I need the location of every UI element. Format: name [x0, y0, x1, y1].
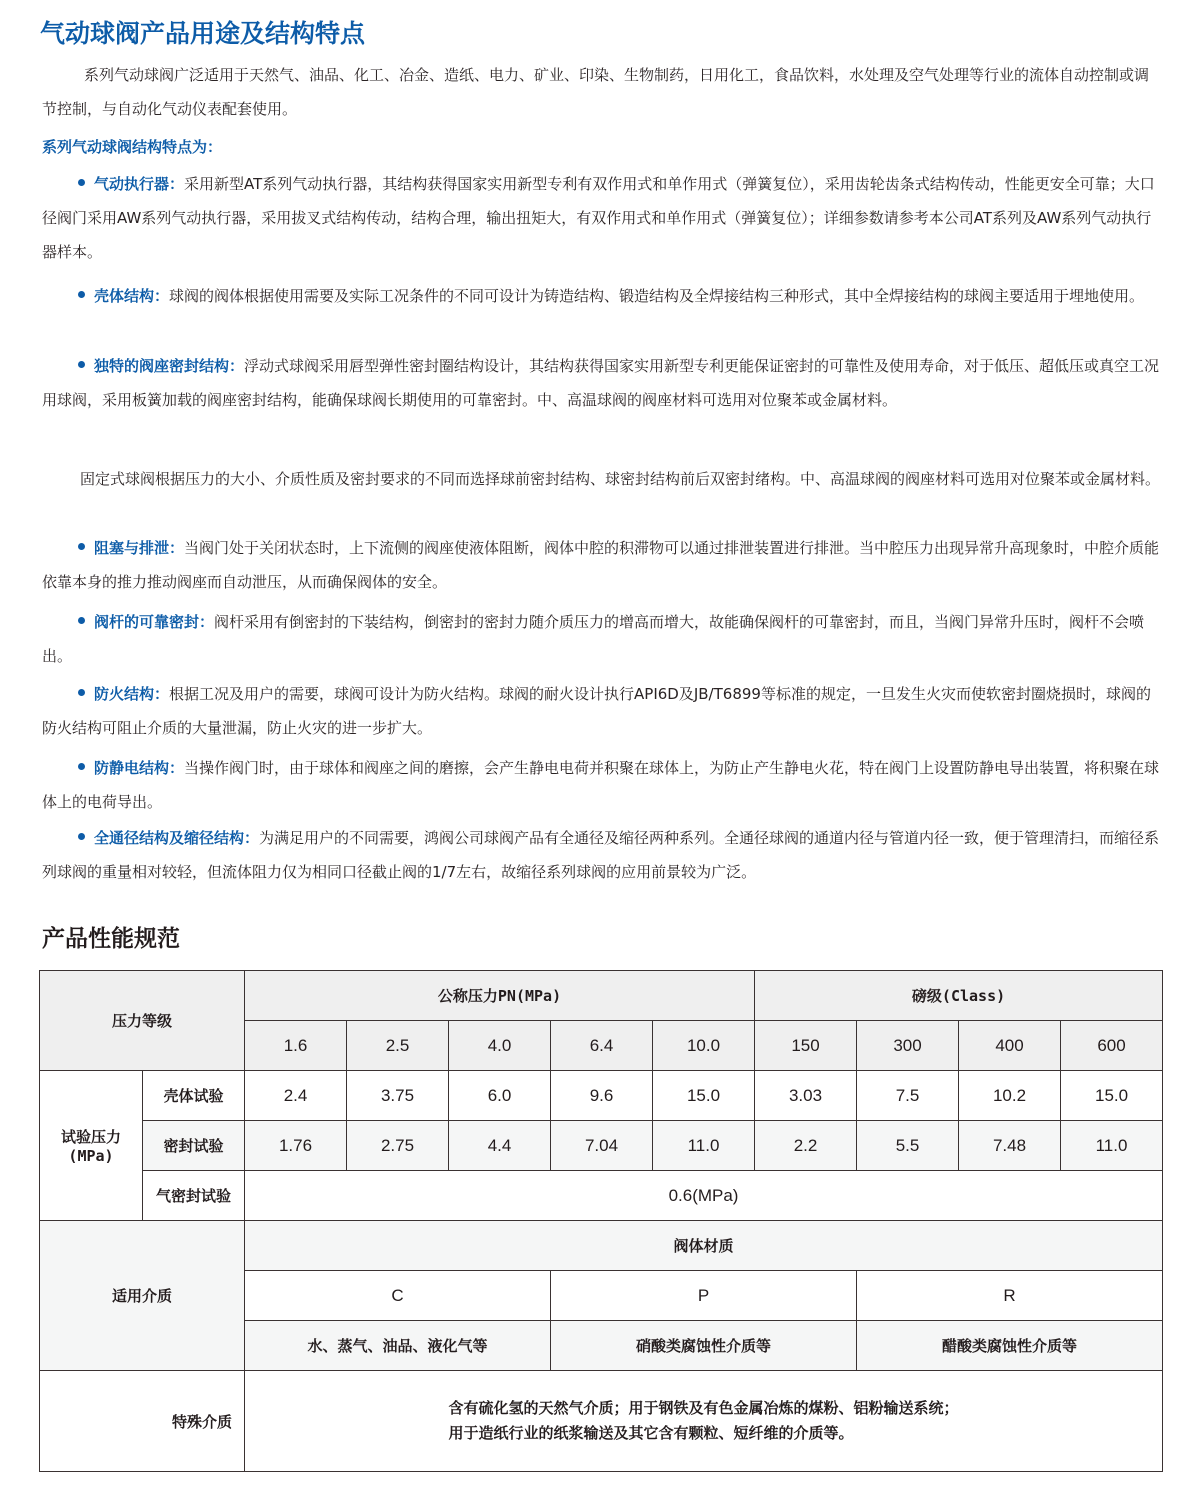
seal-test-cell: 1.76 [245, 1121, 347, 1171]
table-row: 特殊介质 含有硫化氢的天然气介质；用于钢铁及有色金属冶炼的煤粉、铝粉输送系统； … [40, 1371, 1163, 1472]
table-row: 密封试验 1.76 2.75 4.4 7.04 11.0 2.2 5.5 7.4… [40, 1121, 1163, 1171]
material-media-cell: 水、蒸气、油品、液化气等 [245, 1321, 551, 1371]
feature-title: 防火结构： [94, 685, 169, 703]
feature-title: 阻塞与排泄： [94, 539, 184, 557]
feature-title: 防静电结构： [94, 759, 184, 777]
feature-item-shell: 壳体结构：球阀的阀体根据使用需要及实际工况条件的不同可设计为铸造结构、锻造结构及… [42, 279, 1162, 313]
feature-text: 球阀的阀体根据使用需要及实际工况条件的不同可设计为铸造结构、锻造结构及全焊接结构… [169, 287, 1144, 305]
grade-cell: 600 [1061, 1021, 1163, 1071]
bullet-icon [78, 763, 85, 770]
features-subheading: 系列气动球阀结构特点为： [42, 136, 222, 157]
pn-header: 公称压力PN(MPa) [245, 971, 755, 1021]
shell-test-cell: 10.2 [959, 1071, 1061, 1121]
page-title: 气动球阀产品用途及结构特点 [40, 14, 365, 50]
class-header: 磅级(Class) [755, 971, 1163, 1021]
grade-cell: 150 [755, 1021, 857, 1071]
table-row: 压力等级 公称压力PN(MPa) 磅级(Class) [40, 971, 1163, 1021]
shell-test-cell: 2.4 [245, 1071, 347, 1121]
shell-test-cell: 7.5 [857, 1071, 959, 1121]
shell-test-cell: 3.03 [755, 1071, 857, 1121]
feature-item-full-bore: 全通径结构及缩径结构：为满足用户的不同需要，鸿阀公司球阀产品有全通径及缩径两种系… [42, 821, 1162, 889]
seal-test-cell: 7.48 [959, 1121, 1061, 1171]
feature-item-drain: 阻塞与排泄：当阀门处于关闭状态时，上下流侧的阀座使液体阻断，阀体中腔的积滞物可以… [42, 531, 1162, 599]
feature-item-fireproof: 防火结构：根据工况及用户的需要，球阀可设计为防火结构。球阀的耐火设计执行API6… [42, 677, 1162, 745]
feature-title: 气动执行器： [94, 175, 184, 193]
seal-test-cell: 2.75 [347, 1121, 449, 1171]
special-media-label: 特殊介质 [40, 1371, 245, 1472]
feature-title: 阀杆的可靠密封： [94, 613, 214, 631]
feature-text: 当阀门处于关闭状态时，上下流侧的阀座使液体阻断，阀体中腔的积滞物可以通过排泄装置… [42, 539, 1159, 591]
bullet-icon [78, 833, 85, 840]
bullet-icon [78, 689, 85, 696]
shell-test-label: 壳体试验 [143, 1071, 245, 1121]
grade-cell: 2.5 [347, 1021, 449, 1071]
feature-item-stem-seal: 阀杆的可靠密封：阀杆采用有倒密封的下装结构，倒密封的密封力随介质压力的增高而增大… [42, 605, 1162, 673]
feature-text: 当操作阀门时，由于球体和阀座之间的磨擦，会产生静电电荷并积聚在球体上，为防止产生… [42, 759, 1159, 811]
table-row: 气密封试验 0.6(MPa) [40, 1171, 1163, 1221]
body-material-header: 阀体材质 [245, 1221, 1163, 1271]
pressure-grade-header: 压力等级 [40, 971, 245, 1071]
feature-title: 全通径结构及缩径结构： [94, 829, 259, 847]
material-cell: P [551, 1271, 857, 1321]
intro-paragraph: 系列气动球阀广泛适用于天然气、油品、化工、冶金、造纸、电力、矿业、印染、生物制药… [42, 58, 1162, 126]
test-pressure-title: 试验压力 [40, 1126, 142, 1147]
section-title-specs: 产品性能规范 [42, 920, 180, 953]
shell-test-cell: 3.75 [347, 1071, 449, 1121]
air-seal-test-label: 气密封试验 [143, 1171, 245, 1221]
fixed-ball-valve-paragraph: 固定式球阀根据压力的大小、介质性质及密封要求的不同而选择球前密封结构、球密封结构… [42, 462, 1162, 496]
feature-item-seat-seal: 独特的阀座密封结构：浮动式球阀采用唇型弹性密封圈结构设计，其结构获得国家实用新型… [42, 349, 1162, 417]
table-row: 试验压力 (MPa) 壳体试验 2.4 3.75 6.0 9.6 15.0 3.… [40, 1071, 1163, 1121]
feature-title: 壳体结构： [94, 287, 169, 305]
feature-item-actuator: 气动执行器：采用新型AT系列气动执行器，其结构获得国家实用新型专利有双作用式和单… [42, 167, 1162, 269]
seal-test-cell: 2.2 [755, 1121, 857, 1171]
bullet-icon [78, 361, 85, 368]
bullet-icon [78, 617, 85, 624]
grade-cell: 10.0 [653, 1021, 755, 1071]
seal-test-label: 密封试验 [143, 1121, 245, 1171]
test-pressure-label: 试验压力 (MPa) [40, 1071, 143, 1221]
table-row: 适用介质 阀体材质 [40, 1221, 1163, 1271]
shell-test-cell: 6.0 [449, 1071, 551, 1121]
grade-cell: 1.6 [245, 1021, 347, 1071]
media-label: 适用介质 [40, 1221, 245, 1371]
feature-item-antistatic: 防静电结构：当操作阀门时，由于球体和阀座之间的磨擦，会产生静电电荷并积聚在球体上… [42, 751, 1162, 819]
special-media-line: 用于造纸行业的纸浆输送及其它含有颗粒、短纤维的介质等。 [449, 1421, 959, 1446]
test-pressure-unit: (MPa) [40, 1147, 142, 1165]
material-cell: R [857, 1271, 1163, 1321]
feature-title: 独特的阀座密封结构： [94, 357, 244, 375]
material-cell: C [245, 1271, 551, 1321]
spec-table: 压力等级 公称压力PN(MPa) 磅级(Class) 1.6 2.5 4.0 6… [39, 970, 1163, 1472]
feature-text: 根据工况及用户的需要，球阀可设计为防火结构。球阀的耐火设计执行API6D及JB/… [42, 685, 1151, 737]
material-media-cell: 醋酸类腐蚀性介质等 [857, 1321, 1163, 1371]
seal-test-cell: 11.0 [1061, 1121, 1163, 1171]
bullet-icon [78, 291, 85, 298]
seal-test-cell: 11.0 [653, 1121, 755, 1171]
feature-text: 采用新型AT系列气动执行器，其结构获得国家实用新型专利有双作用式和单作用式（弹簧… [42, 175, 1155, 261]
shell-test-cell: 15.0 [653, 1071, 755, 1121]
air-seal-test-value: 0.6(MPa) [245, 1171, 1163, 1221]
shell-test-cell: 15.0 [1061, 1071, 1163, 1121]
material-media-cell: 硝酸类腐蚀性介质等 [551, 1321, 857, 1371]
seal-test-cell: 5.5 [857, 1121, 959, 1171]
bullet-icon [78, 543, 85, 550]
bullet-icon [78, 179, 85, 186]
grade-cell: 300 [857, 1021, 959, 1071]
special-media-text: 含有硫化氢的天然气介质；用于钢铁及有色金属冶炼的煤粉、铝粉输送系统； 用于造纸行… [245, 1371, 1163, 1472]
grade-cell: 400 [959, 1021, 1061, 1071]
seal-test-cell: 4.4 [449, 1121, 551, 1171]
seal-test-cell: 7.04 [551, 1121, 653, 1171]
special-media-line: 含有硫化氢的天然气介质；用于钢铁及有色金属冶炼的煤粉、铝粉输送系统； [449, 1396, 959, 1421]
shell-test-cell: 9.6 [551, 1071, 653, 1121]
grade-cell: 6.4 [551, 1021, 653, 1071]
grade-cell: 4.0 [449, 1021, 551, 1071]
